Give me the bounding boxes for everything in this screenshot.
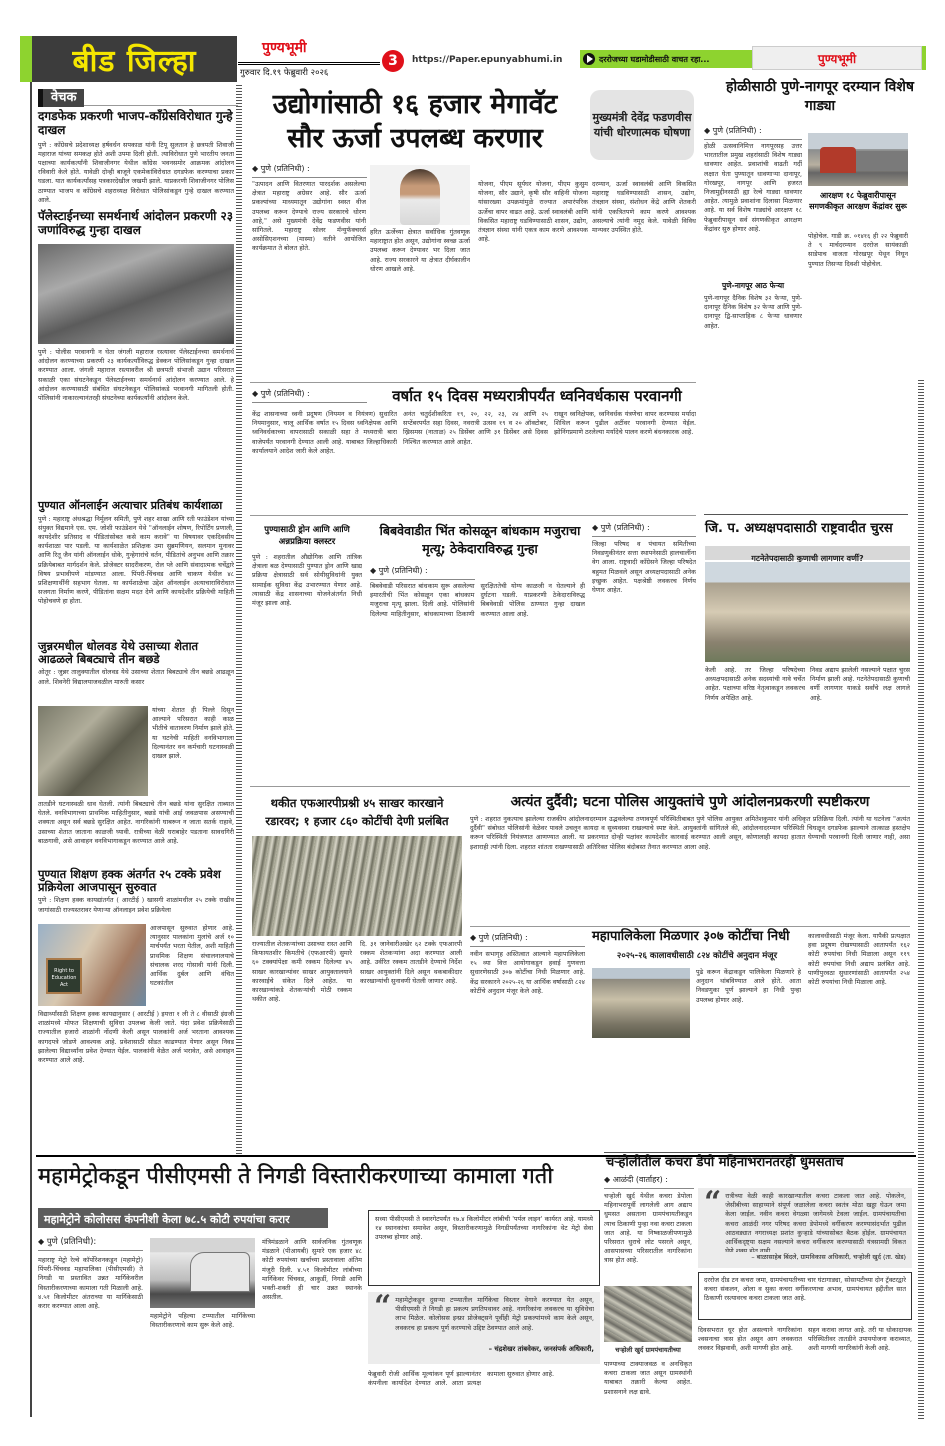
holi-body: होळी उत्सवानिमित्त नागपूरसह उत्तर भारतात… [704, 142, 802, 280]
article-palestine-protest: पॅलेस्टाईनच्या समर्थनार्थ आंदोलन प्रकरणी… [38, 210, 234, 238]
police-headline: अत्यंत दुर्दैवी; घटना पोलिस आयुक्तांचे प… [470, 794, 910, 810]
article-headline: दगडफेक प्रकरणी भाजप-कॉंग्रेसविरोधात गुन्… [38, 110, 234, 138]
sugar-headline: थकीत एफआरपीप्रश्नी ४५ साखर कारखाने रडारव… [252, 794, 462, 830]
metro-train-photo [150, 1238, 255, 1308]
garbage-col-a: पाण्याच्या टाक्याजवळ व अनधिकृत कचरा टाकल… [604, 1360, 692, 1418]
garbage-dump-photo [604, 1286, 692, 1342]
article-rte-admission: पुण्यात शिक्षण हक्क अंतर्गत २५ टक्के प्र… [38, 868, 234, 914]
noise-col-3: राखून ध्वनिक्षेपक, ध्वनिवर्धक यंत्रणेचा … [554, 410, 696, 510]
garbage-top-rule [604, 1152, 914, 1153]
metro-info-box: सध्या पीसीएमसी ते स्वारगेटपर्यंत १७.४ कि… [368, 1210, 600, 1286]
promo-text: दररोजच्या घडामोडीसाठी वाचत रहा... [599, 54, 709, 65]
classroom-photo: Right to Education Act [38, 924, 146, 1006]
callout-text: मुख्यमंत्री देवेंद्र फडणवीस यांची धोरणात… [590, 110, 694, 140]
garbage-byline: ◆ आळंदी (वार्ताहर) : [604, 1174, 694, 1189]
diamond-icon: ◆ [604, 1175, 610, 1184]
article-body: पुणे : महाराष्ट्र अंधश्रद्धा निर्मूलन सम… [38, 515, 234, 633]
article-headline: पुण्यात शिक्षण हक्क अंतर्गत २५ टक्के प्र… [38, 868, 234, 894]
lead-callout: मुख्यमंत्री देवेंद्र फडणवीस यांची धोरणात… [590, 90, 694, 160]
masthead-rule-2 [238, 64, 380, 65]
diamond-icon: ◆ [592, 523, 598, 532]
noise-divider [250, 515, 696, 516]
pmc-building-photo [592, 968, 690, 1038]
metro-photo-caption: महामेट्रोने पहिल्या टप्प्यातील मार्गिकेच… [150, 1312, 255, 1416]
garbage-info-box: दररोज दीड टन कचरा जमा, ग्रामपंचायतीच्या … [698, 1272, 912, 1320]
diamond-icon: ◆ [470, 933, 476, 942]
quote-icon: “ [374, 1296, 391, 1318]
garbage-quote-text: रात्रीच्या वेळी काही कारखान्यातील कचरा ट… [725, 1192, 906, 1252]
article-body-side: आजपासून सुरुवात होणार आहे. त्यानुसार पाल… [150, 924, 234, 1006]
zp-headline: जि. प. अध्यक्षपदासाठी राष्ट्रवादीत चुरस [705, 522, 915, 537]
zp-body: जिल्हा परिषद व पंचायत समितीच्या निवडणुकी… [592, 540, 696, 782]
cluster-headline: पुण्यासाठी ड्रोन आणि आणि अन्नप्रक्रिया क… [252, 524, 362, 548]
play-icon [583, 53, 595, 65]
metro-col-2: मंत्रिमंडळाने आणि सार्वजनिक गुंतवणूक मंड… [262, 1238, 362, 1416]
pmc-subheading: २०२५-२६ कालावधीसाठी ८२४ कोटींचे अनुदान म… [592, 952, 802, 962]
section-title: बीड जिल्हा [72, 39, 196, 80]
diamond-icon: ◆ [704, 126, 710, 135]
chief-minister-photo [370, 165, 470, 225]
promo-paper-name: पुण्यभूमी [818, 50, 856, 67]
bibwewadi-byline: ◆ पुणे (प्रतिनिधी) : [370, 565, 475, 580]
page-left-rule [30, 82, 32, 1417]
sugarcane-photo [252, 836, 462, 936]
bibwewadi-body: बिबवेवाडी परिसरात बांधकाम सुरू असलेल्या … [370, 582, 585, 782]
right-accent-bar [922, 46, 926, 70]
noise-col-1: केंद्र शासनाच्या ध्वनी प्रदूषण (नियमन व … [252, 410, 397, 510]
metro-col-1: महाराष्ट्र मेट्रो रेल्वे कॉर्पोरेशनकडून … [38, 1256, 143, 1416]
lead-divider [250, 382, 696, 383]
issue-date: गुरुवार दि.१९ फेब्रुवारी २०२६ [240, 67, 328, 78]
garbage-body: चऱ्होली खुर्द येथील कचरा डेपोला महिनाभरा… [604, 1192, 692, 1282]
section-title-box: बीड जिल्हा [32, 36, 237, 82]
pmc-headline: महापालिकेला मिळणार ३०७ कोटींचा निधी [592, 930, 802, 945]
middle-divider [250, 786, 910, 787]
leopard-cub-photo [38, 706, 148, 796]
zp-byline: ◆ पुणे (प्रतिनिधी) : [592, 522, 696, 537]
left-accent-bar [20, 36, 32, 82]
rte-sign: Right to Education Act [46, 958, 82, 994]
noise-byline: ◆ पुणे (प्रतिनिधी) : [252, 388, 367, 403]
article-headline: पॅलेस्टाईनच्या समर्थनार्थ आंदोलन प्रकरणी… [38, 210, 234, 238]
page-number-badge: 3 [382, 50, 404, 72]
promo-paper-thumbnail: पुण्यभूमी [752, 46, 922, 70]
article-body-side: यांच्या शेतात ही पिल्ले दिसून आल्याने पर… [152, 706, 234, 796]
section-label: वेचक [38, 89, 84, 107]
metro-quote-text: महामेट्रोकडून दुसऱ्या टप्प्यातील मार्गिक… [395, 1296, 594, 1342]
police-body: पुणे : शहरात नुकत्याच झालेल्या राजकीय आं… [470, 815, 910, 925]
quote-icon: “ [704, 1192, 721, 1214]
holi-body-2: पुणे-नागपूर दैनिक विशेष ३२ फेऱ्या, पुणे-… [704, 294, 802, 514]
noise-col-2: अनंत चतुर्दशीकरिता १९, २०, २२, २३, २४ आण… [403, 410, 548, 510]
diamond-icon: ◆ [252, 389, 258, 398]
holi-headline: होळीसाठी पुणे-नागपूर दरम्यान विशेष गाड्य… [720, 78, 920, 116]
protest-photo [38, 244, 234, 344]
zp-subheading-bar: गटनेतेपदासाठी कुणाची लागणार वर्णी? [705, 546, 910, 560]
garbage-quote-box: “ रात्रीच्या वेळी काही कारखान्यातील कचरा… [698, 1188, 912, 1268]
metro-box-text: सध्या पीसीएमसी ते स्वारगेटपर्यंत १७.४ कि… [375, 1215, 593, 1281]
garbage-headline: चऱ्होलीतील कचरा डेपो महिनाभरानंतरही धुमस… [606, 1156, 916, 1171]
zp-col-2: निवड अद्याप झालेली नसल्याने पक्षात चुरस … [810, 666, 910, 782]
metro-banner-text: महामेट्रोने कोलोसस कंपनीशी केला ७८.५ कोट… [38, 1213, 290, 1226]
bibwewadi-headline: बिबवेवाडीत भिंत कोसळून बांधकाम मजुराचा म… [370, 522, 590, 558]
masthead-rule [238, 62, 380, 63]
article-body-rest: विद्यार्थ्यांसाठी शिक्षण हक्क कायद्यानुस… [38, 1010, 234, 1120]
pmc-col-2: पुढे करून केंद्राकडून पालिकेला मिळणारे ह… [696, 968, 801, 1148]
garbage-quote-author: – बाळासाहेब बिंदले, ग्रामविकास अधिकारी, … [704, 1252, 906, 1261]
garbage-col-b: दिवसभरात धूर होत असल्याने नागरिकांना श्व… [698, 1326, 802, 1418]
lead-byline: ◆ पुणे (प्रतिनिधी) : [252, 163, 367, 178]
metro-byline: ◆ पुणे (प्रतिनिधी): [38, 1236, 143, 1251]
column-divider [236, 85, 242, 1155]
article-stone-pelting: दगडफेक प्रकरणी भाजप-कॉंग्रेसविरोधात गुन्… [38, 110, 234, 223]
sugar-col-1: राज्यातील शेतकऱ्यांच्या उसाच्या रास्त आण… [252, 940, 352, 1150]
lead-col-2: हरित ऊर्जेच्या क्षेत्रात सर्वाधिक गुंतवण… [370, 228, 470, 378]
pmc-col-3: कालावधीसाठी मंजूर केला. यापैकी प्रत्यक्ष… [808, 932, 910, 1148]
holi-divider [704, 514, 908, 515]
zp-col-1: केली आहे. तर जिल्हा परिषदेच्या अध्यक्षपद… [705, 666, 805, 782]
article-leopard-cubs: जुन्नरमधील धोलवड येथे उसाच्या शेतात आढळल… [38, 640, 234, 686]
train-photo [808, 133, 908, 186]
garbage-col-c: सहन करावा लागत आहे. तरी या धोकादायक परिस… [808, 1326, 912, 1418]
lead-col-3: योजना, पीएम सूर्यघर योजना, पीएम कुसुम यो… [478, 180, 588, 380]
page-number: 3 [388, 53, 398, 69]
diamond-icon: ◆ [252, 164, 258, 173]
article-body: पुणे : पोलीस परवानगी न घेता जंगली महाराज… [38, 348, 234, 496]
metro-quote-author: – चंद्रशेखर तांबवेकर, जनसंपर्क अधिकारी, [374, 1344, 594, 1353]
metro-banner: महामेट्रोने कोलोसस कंपनीशी केला ७८.५ कोट… [38, 1208, 328, 1228]
holi-subheading: पुणे-नागपूर आठ फेऱ्या [704, 282, 802, 291]
zp-building-photo [705, 562, 910, 662]
article-online-abuse-workshop: पुण्यात ऑनलाईन अत्याचार प्रतिबंध कार्यशा… [38, 500, 234, 633]
train-photo-caption: आरक्षण १८ फेब्रुवारीपासून सगणकीकृत आरक्ष… [808, 190, 908, 212]
lead-headline: उद्योगांसाठी १६ हजार मेगावॅट सौर ऊर्जा उ… [250, 88, 580, 156]
holi-body-3: पोहोचेल. गाडी क्र. ०१४१६ ही २२ फेब्रुवार… [808, 232, 908, 512]
sugar-col-2: दि. ३१ जानेवारीअखेर ६२ टक्के एफआरपी रक्क… [360, 940, 462, 1150]
metro-bottom-text: फेब्रुवारी रोजी आर्थिक मूल्यांकन पूर्ण झ… [368, 1370, 600, 1416]
metro-quote-box: “ महामेट्रोकडून दुसऱ्या टप्प्यातील मार्ग… [368, 1292, 600, 1364]
section-label-box: वेचक [38, 86, 238, 106]
holi-byline: ◆ पुणे (प्रतिनिधी) : [704, 125, 802, 140]
pmc-col-1: नवीन सभागृह अस्तित्वात आल्याने महापालिके… [470, 950, 585, 1150]
article-body-rest: तातडीने घटनास्थळी धाव घेतली. त्यांनी बिब… [38, 800, 234, 862]
diamond-icon: ◆ [370, 566, 376, 575]
garbage-box-text: दररोज दीड टन कचरा जमा, ग्रामपंचायतीच्या … [704, 1276, 906, 1316]
police-divider [470, 926, 910, 927]
epaper-url[interactable]: https://Paper.epunyabhumi.in [412, 55, 562, 65]
right-edge-divider [918, 380, 924, 1420]
garbage-photo-caption: चऱ्होली खुर्द ग्रामपंचायतीच्या [604, 1346, 692, 1358]
metro-headline: महामेट्रोकडून पीसीएमसी ते निगडी विस्तारी… [38, 1164, 598, 1189]
paper-name: पुण्यभूमी [262, 38, 307, 57]
lead-col-4: दरम्यान, ऊर्जा स्वावलंबी आणि विकसित महार… [592, 180, 696, 380]
diamond-icon: ◆ [38, 1237, 44, 1246]
article-body-intro: पुणे : शिक्षण हक्क कायद्यांतर्गत ( आरटीई… [38, 896, 234, 914]
article-headline: पुण्यात ऑनलाईन अत्याचार प्रतिबंध कार्यशा… [38, 500, 234, 513]
noise-headline: वर्षात १५ दिवस मध्यरात्रीपर्यंत ध्वनिवर्… [372, 388, 702, 405]
pmc-byline: ◆ पुणे (प्रतिनिधी) : [470, 932, 585, 947]
cluster-body: पुणे : शहरातील औद्योगिक आणि तांत्रिक क्ष… [252, 553, 362, 781]
article-headline: जुन्नरमधील धोलवड येथे उसाच्या शेतात आढळल… [38, 640, 234, 666]
lead-col-1: "उत्पादन आणि वितरणात पारदर्शक असलेल्या क… [252, 180, 366, 380]
article-body-intro: ओतूर : जुन्नर तालुक्यातील धोलवड येथे उसा… [38, 668, 234, 686]
